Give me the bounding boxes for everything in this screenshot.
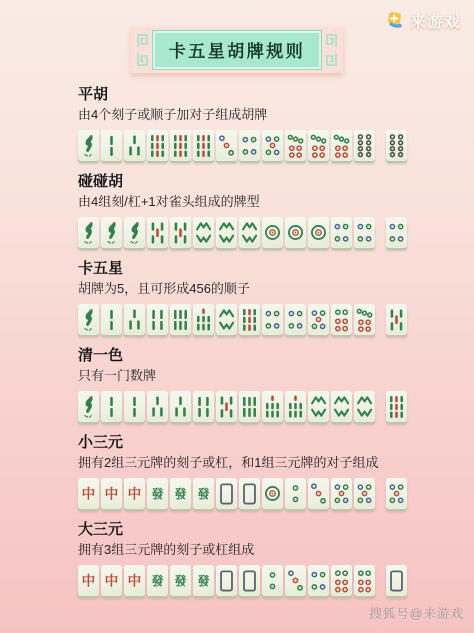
mahjong-tile-s9	[170, 130, 191, 161]
mahjong-tile-p5	[262, 130, 283, 161]
svg-text:發: 發	[198, 487, 210, 501]
rule-section: 卡五星胡牌为5，且可形成456的顺子	[78, 260, 474, 335]
winning-mahjong-tile-s5	[386, 304, 407, 335]
mahjong-tile-p8	[354, 130, 375, 161]
svg-text:中: 中	[128, 573, 142, 590]
mahjong-tile-p3	[216, 130, 237, 161]
mahjong-tile-s1	[101, 217, 122, 248]
mahjong-tile-s8	[239, 217, 260, 248]
rule-section: 碰碰胡由4组刻/杠+1对雀头组成的牌型	[78, 173, 474, 248]
mahjong-tile-s9	[193, 130, 214, 161]
mahjong-tile-s7	[193, 304, 214, 335]
mahjong-tile-s2	[101, 304, 122, 335]
scroll-ornament-right	[325, 33, 338, 67]
rule-title: 清一色	[78, 347, 474, 365]
mahjong-tile-p4	[354, 217, 375, 248]
mahjong-tile-z6: 發	[170, 565, 191, 596]
winning-mahjong-tile-p5	[386, 478, 407, 509]
rule-title: 碰碰胡	[78, 173, 474, 191]
mahjong-tile-s5	[216, 391, 237, 422]
rule-section: 平胡由4个刻子或顺子加对子组成胡牌	[78, 86, 474, 161]
mahjong-tile-z6: 發	[193, 478, 214, 509]
svg-text:發: 發	[152, 574, 164, 588]
mahjong-tile-p1	[308, 217, 329, 248]
mahjong-tile-p3	[285, 565, 306, 596]
winning-mahjong-tile-p8	[386, 130, 407, 161]
mahjong-tile-s5	[147, 217, 168, 248]
tile-row	[78, 217, 474, 248]
mahjong-tile-s4	[147, 304, 168, 335]
rule-title: 大三元	[78, 521, 474, 539]
mahjong-tile-p6	[354, 565, 375, 596]
winning-mahjong-tile-p4	[386, 217, 407, 248]
mahjong-tile-p4	[262, 304, 283, 335]
mahjong-tile-z5: 中	[124, 565, 145, 596]
rule-section: 大三元拥有3组三元牌的刻子或杠组成中中中發發發	[78, 521, 474, 596]
rule-description: 由4个刻子或顺子加对子组成胡牌	[78, 106, 400, 123]
rule-description: 由4组刻/杠+1对雀头组成的牌型	[78, 193, 400, 210]
mahjong-tile-s7	[285, 391, 306, 422]
winning-mahjong-tile-z7	[386, 565, 407, 596]
mahjong-tile-z7	[239, 478, 260, 509]
mahjong-tile-s8	[216, 304, 237, 335]
mahjong-tile-p7	[354, 304, 375, 335]
rule-section: 小三元拥有2组三元牌的刻子或杠，和1组三元牌的对子组成中中中發發發	[78, 434, 474, 509]
mahjong-tile-s9	[147, 130, 168, 161]
mahjong-tile-p4	[308, 565, 329, 596]
rule-title: 平胡	[78, 86, 474, 104]
mahjong-tile-s8	[193, 217, 214, 248]
mahjong-tile-s4	[193, 391, 214, 422]
mahjong-tile-p1	[285, 217, 306, 248]
mahjong-tile-p2	[285, 478, 306, 509]
mahjong-tile-p4	[285, 304, 306, 335]
rule-description: 胡牌为5，且可形成456的顺子	[78, 280, 400, 297]
mahjong-tile-p5	[308, 304, 329, 335]
rules-list: 平胡由4个刻子或顺子加对子组成胡牌 碰碰胡由4组刻/杠+1对雀头组成的牌型 卡五…	[0, 73, 474, 596]
mahjong-tile-s8	[216, 217, 237, 248]
mahjong-tile-z5: 中	[101, 478, 122, 509]
mahjong-tile-s3	[124, 304, 145, 335]
svg-text:中: 中	[82, 486, 96, 503]
mahjong-tile-s3	[124, 130, 145, 161]
sparkle-icon	[386, 11, 406, 31]
svg-text:中: 中	[105, 573, 119, 590]
mahjong-tile-s8	[308, 391, 329, 422]
mahjong-tile-s2	[124, 391, 145, 422]
app-logo: 来游戏	[386, 9, 461, 32]
mahjong-tile-s1	[78, 304, 99, 335]
mahjong-tile-s1	[78, 391, 99, 422]
logo-text: 来游戏	[410, 9, 461, 32]
svg-text:中: 中	[105, 486, 119, 503]
mahjong-tile-s9	[239, 304, 260, 335]
watermark: 搜狐号@来游戏	[369, 604, 464, 622]
mahjong-tile-p3	[308, 478, 329, 509]
mahjong-tile-p1	[262, 217, 283, 248]
mahjong-tile-p7	[331, 130, 352, 161]
mahjong-tile-s2	[101, 391, 122, 422]
mahjong-tile-p7	[308, 130, 329, 161]
page: 来游戏 卡五星胡牌规则	[0, 0, 474, 633]
tile-row	[78, 304, 474, 335]
tile-row	[78, 130, 474, 161]
rule-description: 拥有3组三元牌的刻子或杠组成	[78, 541, 400, 558]
winning-mahjong-tile-s9	[386, 391, 407, 422]
rule-description: 只有一门数牌	[78, 367, 400, 384]
mahjong-tile-z6: 發	[193, 565, 214, 596]
svg-text:發: 發	[198, 574, 210, 588]
mahjong-tile-z5: 中	[78, 478, 99, 509]
tile-row: 中中中發發發	[78, 478, 474, 509]
svg-text:發: 發	[152, 487, 164, 501]
mahjong-tile-s1	[124, 217, 145, 248]
mahjong-tile-p7	[285, 130, 306, 161]
mahjong-tile-z7	[239, 565, 260, 596]
mahjong-tile-z6: 發	[147, 565, 168, 596]
mahjong-tile-z5: 中	[101, 565, 122, 596]
mahjong-tile-s7	[262, 391, 283, 422]
mahjong-tile-p1	[262, 478, 283, 509]
rule-description: 拥有2组三元牌的刻子或杠，和1组三元牌的对子组成	[78, 454, 400, 471]
svg-text:發: 發	[175, 574, 187, 588]
mahjong-tile-z5: 中	[124, 478, 145, 509]
mahjong-tile-s1	[78, 217, 99, 248]
mahjong-tile-p6	[331, 304, 352, 335]
mahjong-tile-s3	[170, 391, 191, 422]
mahjong-tile-z7	[216, 565, 237, 596]
mahjong-tile-s1	[78, 130, 99, 161]
mahjong-tile-z6: 發	[147, 478, 168, 509]
mahjong-tile-p4	[331, 217, 352, 248]
mahjong-tile-p2	[262, 565, 283, 596]
mahjong-tile-z5: 中	[78, 565, 99, 596]
scroll-ornament-left	[136, 33, 149, 67]
mahjong-tile-s2	[101, 130, 122, 161]
mahjong-tile-p6	[331, 565, 352, 596]
tile-row: 中中中發發發	[78, 565, 474, 596]
svg-text:中: 中	[82, 573, 96, 590]
mahjong-tile-p5	[354, 478, 375, 509]
tile-row	[78, 391, 474, 422]
mahjong-tile-p4	[239, 130, 260, 161]
mahjong-tile-z7	[216, 478, 237, 509]
rule-title: 小三元	[78, 434, 474, 452]
mahjong-tile-p5	[331, 478, 352, 509]
mahjong-tile-s6	[170, 304, 191, 335]
mahjong-tile-s3	[147, 391, 168, 422]
svg-text:中: 中	[128, 486, 142, 503]
banner-title: 卡五星胡牌规则	[153, 31, 322, 69]
mahjong-tile-s6	[239, 391, 260, 422]
mahjong-tile-s8	[354, 391, 375, 422]
mahjong-tile-z6: 發	[170, 478, 191, 509]
mahjong-tile-s8	[331, 391, 352, 422]
mahjong-tile-s5	[170, 217, 191, 248]
rule-title: 卡五星	[78, 260, 474, 278]
rule-section: 清一色只有一门数牌	[78, 347, 474, 422]
svg-text:發: 發	[175, 487, 187, 501]
